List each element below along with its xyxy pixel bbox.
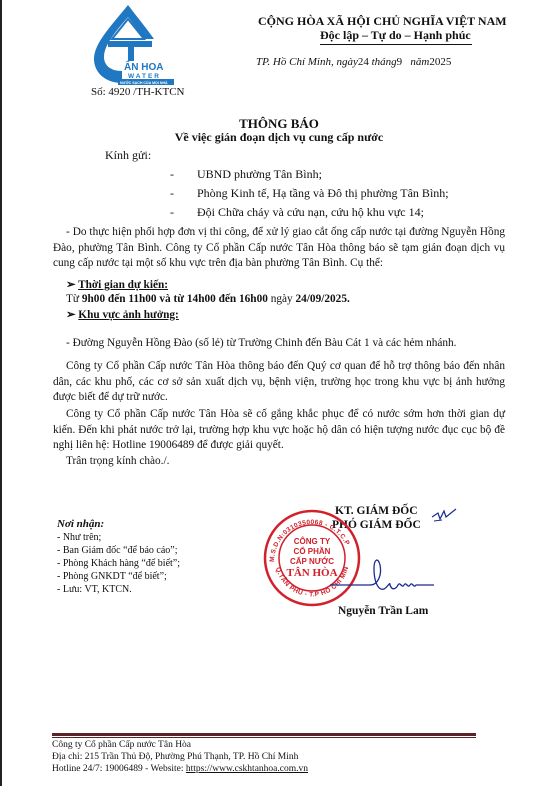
arrow-bullet-icon: ➢ bbox=[66, 309, 78, 321]
recipient-item: - Như trên; bbox=[57, 532, 101, 543]
footer-rule-thin bbox=[52, 737, 476, 738]
svg-text:NƯỚC SẠCH CỦA MỌI NHÀ: NƯỚC SẠCH CỦA MỌI NHÀ bbox=[120, 80, 168, 85]
time-detail: Từ 9h00 đến 11h00 và từ 14h00 đến 16h00 … bbox=[66, 293, 350, 305]
notice-subtitle: Về việc gián đoạn dịch vụ cung cấp nước bbox=[0, 130, 558, 145]
national-motto: Độc lập – Tự do – Hạnh phúc bbox=[320, 28, 471, 43]
date-month-label: tháng bbox=[369, 56, 397, 68]
svg-text:CÔNG TY: CÔNG TY bbox=[294, 537, 331, 546]
time-heading: ➢ Thời gian dự kiến: bbox=[66, 278, 168, 291]
footer-contact: Hotline 24/7: 19006489 - Website: https:… bbox=[52, 764, 308, 774]
time-range-2: từ 14h00 đến 16h00 bbox=[174, 293, 268, 305]
initials-mark-icon bbox=[430, 505, 460, 525]
addressee-text: Đội Chữa cháy và cứu nạn, cứu hộ khu vực… bbox=[197, 205, 424, 219]
motto-underline bbox=[320, 44, 472, 45]
addressee-text: UBND phường Tân Bình; bbox=[197, 167, 322, 181]
addressee-text: Phòng Kinh tế, Hạ tầng và Đô thị phường … bbox=[197, 186, 449, 200]
addressee-label: Kính gửi: bbox=[105, 148, 151, 163]
info-paragraph-1: Công ty Cổ phần Cấp nước Tân Hòa thông b… bbox=[53, 359, 505, 406]
time-text: Từ bbox=[66, 293, 82, 305]
document-number: Số: 4920 /TH-KTCN bbox=[91, 86, 185, 98]
intro-paragraph: - Do thực hiện phối hợp đơn vị thi công,… bbox=[53, 225, 505, 272]
footer-address: Địa chỉ: 215 Trần Thủ Độ, Phường Phú Thạ… bbox=[52, 752, 298, 762]
area-detail: - Đường Nguyễn Hồng Đào (số lẻ) từ Trườn… bbox=[53, 336, 505, 352]
footer-company: Công ty Cổ phần Cấp nước Tân Hòa bbox=[52, 740, 191, 750]
signer-name: Nguyễn Trần Lam bbox=[338, 605, 428, 617]
svg-text:CỔ PHẦN: CỔ PHẦN bbox=[294, 546, 331, 556]
recipient-item: - Phòng Khách hàng “để biết”; bbox=[57, 558, 180, 569]
recipients-title: Nơi nhận: bbox=[57, 518, 104, 530]
time-range-1: 9h00 đến 11h00 bbox=[82, 293, 157, 305]
area-heading: ➢ Khu vực ảnh hưởng: bbox=[66, 308, 179, 321]
time-text: và bbox=[157, 293, 174, 305]
arrow-bullet-icon: ➢ bbox=[66, 279, 78, 291]
addressee-item: -UBND phường Tân Bình; bbox=[170, 167, 322, 182]
tan-hoa-water-logo-icon: ÂN HOA WATER NƯỚC SẠCH CỦA MỌI NHÀ bbox=[82, 3, 174, 85]
info-paragraph-2: Công ty Cổ phần Cấp nước Tân Hòa sẽ cố g… bbox=[53, 407, 505, 454]
svg-text:CẤP NƯỚC: CẤP NƯỚC bbox=[290, 556, 334, 566]
handwritten-signature-icon bbox=[330, 555, 440, 600]
addressee-item: -Phòng Kinh tế, Hạ tầng và Đô thị phường… bbox=[170, 186, 449, 201]
svg-text:WATER: WATER bbox=[128, 73, 161, 80]
time-text: ngày bbox=[268, 293, 296, 305]
time-date: 24/09/2025. bbox=[296, 293, 350, 305]
recipient-item: - Phòng GNKDT “để biết”; bbox=[57, 571, 167, 582]
date-prefix: TP. Hồ Chí Minh, ngày bbox=[256, 56, 358, 68]
national-title: CỘNG HÒA XÃ HỘI CHỦ NGHĨA VIỆT NAM bbox=[258, 14, 507, 29]
document-date: TP. Hồ Chí Minh, ngày24 tháng9 năm2025 bbox=[256, 56, 451, 68]
footer-website-link[interactable]: https://www.cskhtanhoa.com.vn bbox=[186, 764, 308, 774]
time-heading-label: Thời gian dự kiến: bbox=[78, 279, 168, 291]
closing: Trân trọng kính chào./. bbox=[53, 454, 505, 470]
recipient-item: - Ban Giám đốc “để báo cáo”; bbox=[57, 545, 178, 556]
date-year-label: năm bbox=[402, 56, 429, 68]
footer-rule bbox=[52, 733, 476, 736]
footer-hotline: Hotline 24/7: 19006489 - Website: bbox=[52, 764, 186, 774]
date-day: 24 bbox=[358, 56, 369, 68]
company-logo: ÂN HOA WATER NƯỚC SẠCH CỦA MỌI NHÀ bbox=[82, 3, 174, 85]
addressee-item: -Đội Chữa cháy và cứu nạn, cứu hộ khu vự… bbox=[170, 205, 424, 220]
area-heading-label: Khu vực ảnh hưởng: bbox=[78, 309, 179, 321]
recipient-item: - Lưu: VT, KTCN. bbox=[57, 584, 132, 595]
svg-text:ÂN HOA: ÂN HOA bbox=[124, 60, 163, 73]
date-year: 2025 bbox=[429, 56, 451, 68]
